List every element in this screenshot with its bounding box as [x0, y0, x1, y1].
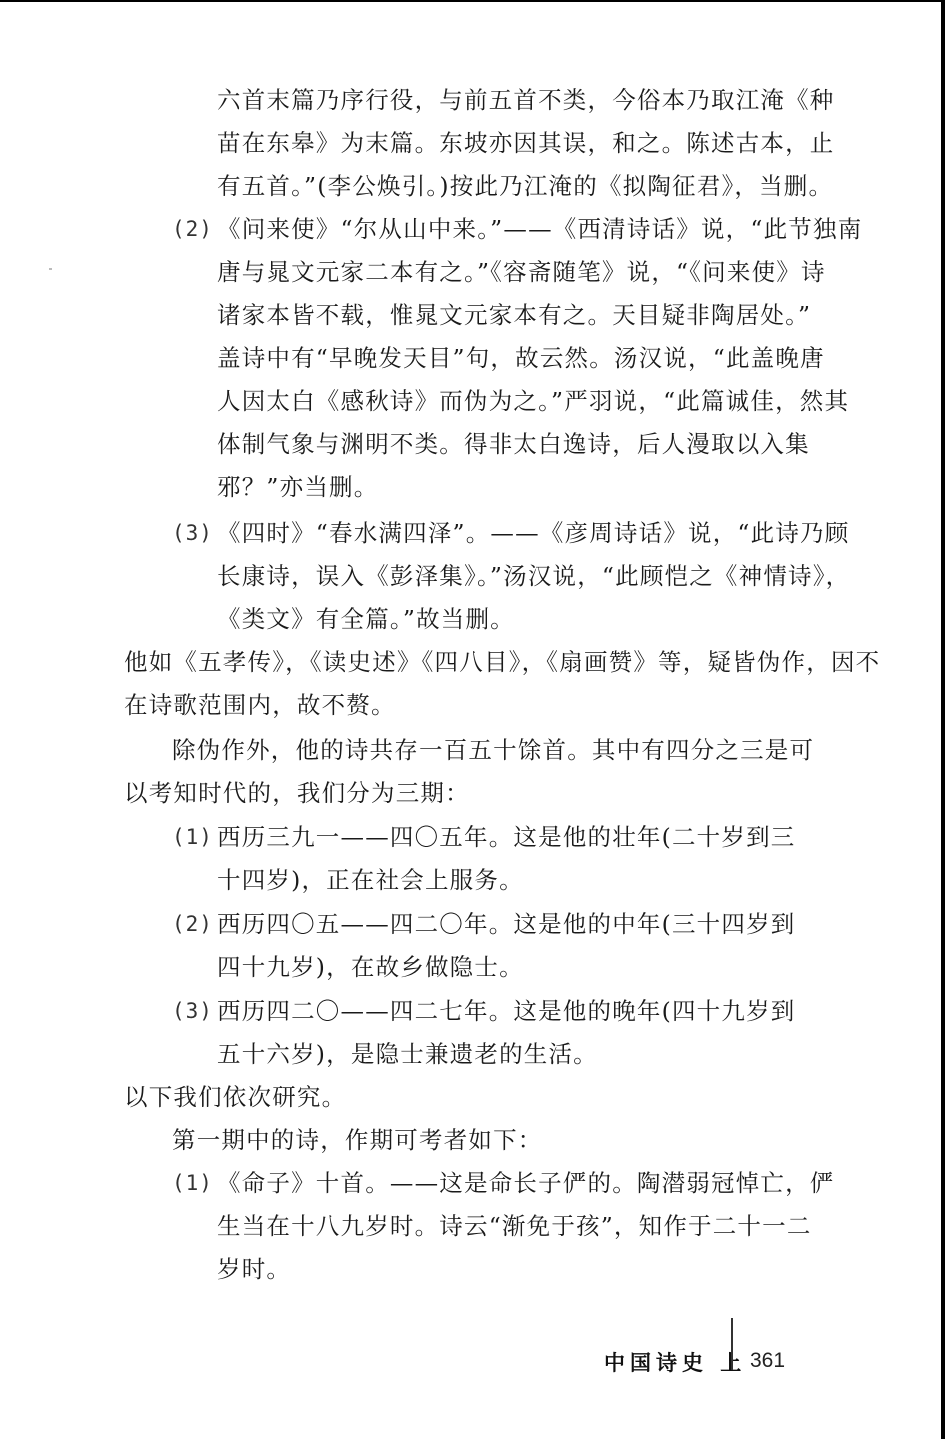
text-line: 《类文》有全篇。”故当删。: [217, 604, 515, 634]
text-line: 五十六岁)，是隐士兼遗老的生活。: [217, 1039, 598, 1069]
text-line: 以下我们依次研究。: [124, 1082, 346, 1112]
footer-divider: [731, 1318, 733, 1370]
text-line: 西历三九一——四〇五年。这是他的壮年(二十岁到三: [217, 822, 795, 852]
text-line: 有五首。”(李公焕引。)按此乃江淹的《拟陶征君》，当删。: [217, 171, 833, 201]
text-line: 在诗歌范围内，故不赘。: [124, 690, 396, 720]
text-line: 《命子》十首。——这是命长子俨的。陶潜弱冠悼亡，俨: [217, 1168, 835, 1198]
text-line: 以考知时代的，我们分为三期：: [124, 778, 470, 808]
text-line: 生当在十八九岁时。诗云“渐免于孩”，知作于二十一二: [217, 1211, 812, 1241]
text-line: 西历四二〇——四二七年。这是他的晚年(四十九岁到: [217, 996, 795, 1026]
item-number: (1): [172, 1168, 213, 1198]
text-line: 六首末篇乃序行役，与前五首不类，今俗本乃取江淹《种: [217, 85, 835, 115]
text-line: 第一期中的诗，作期可考者如下：: [172, 1125, 543, 1155]
page-number: 361: [750, 1349, 785, 1373]
item-number: (3): [172, 996, 213, 1026]
text-line: 邪？”亦当删。: [217, 472, 378, 502]
text-line: 苗在东皋》为末篇。东坡亦因其误，和之。陈述古本，止: [217, 128, 835, 158]
text-line: 十四岁)，正在社会上服务。: [217, 865, 524, 895]
text-line: 长康诗，误入《彭泽集》。”汤汉说，“此顾恺之《神情诗》，: [217, 561, 850, 591]
scan-artifact: [49, 268, 52, 270]
text-line: 除伪作外，他的诗共存一百五十馀首。其中有四分之三是可: [172, 735, 814, 765]
book-page: 六首末篇乃序行役，与前五首不类，今俗本乃取江淹《种 苗在东皋》为末篇。东坡亦因其…: [0, 0, 945, 1439]
item-number: (3): [172, 518, 213, 548]
item-number: (2): [172, 214, 213, 244]
running-footer-book-title: 中国诗史 上: [604, 1347, 746, 1377]
text-line: 岁时。: [217, 1254, 291, 1284]
text-line: 体制气象与渊明不类。得非太白逸诗，后人漫取以入集: [217, 429, 810, 459]
text-line: 西历四〇五——四二〇年。这是他的中年(三十四岁到: [217, 909, 795, 939]
text-line: 盖诗中有“早晚发天目”句，故云然。汤汉说，“此盖晚唐: [217, 343, 825, 373]
text-line: 四十九岁)，在故乡做隐士。: [217, 952, 524, 982]
text-line: 他如《五孝传》，《读史述》《四八目》，《扇画赞》等，疑皆伪作，因不: [124, 647, 880, 677]
text-line: 唐与晁文元家二本有之。”《容斋随笔》说，“《问来使》诗: [217, 257, 826, 287]
item-number: (2): [172, 909, 213, 939]
text-line: 人因太白《感秋诗》而伪为之。”严羽说，“此篇诚佳，然其: [217, 386, 849, 416]
text-line: 诸家本皆不载，惟晁文元家本有之。天目疑非陶居处。”: [217, 300, 811, 330]
item-number: (1): [172, 822, 213, 852]
text-line: 《四时》“春水满四泽”。——《彦周诗话》说，“此诗乃顾: [217, 518, 849, 548]
text-line: 《问来使》“尔从山中来。”——《西清诗话》说，“此节独南: [217, 214, 862, 244]
